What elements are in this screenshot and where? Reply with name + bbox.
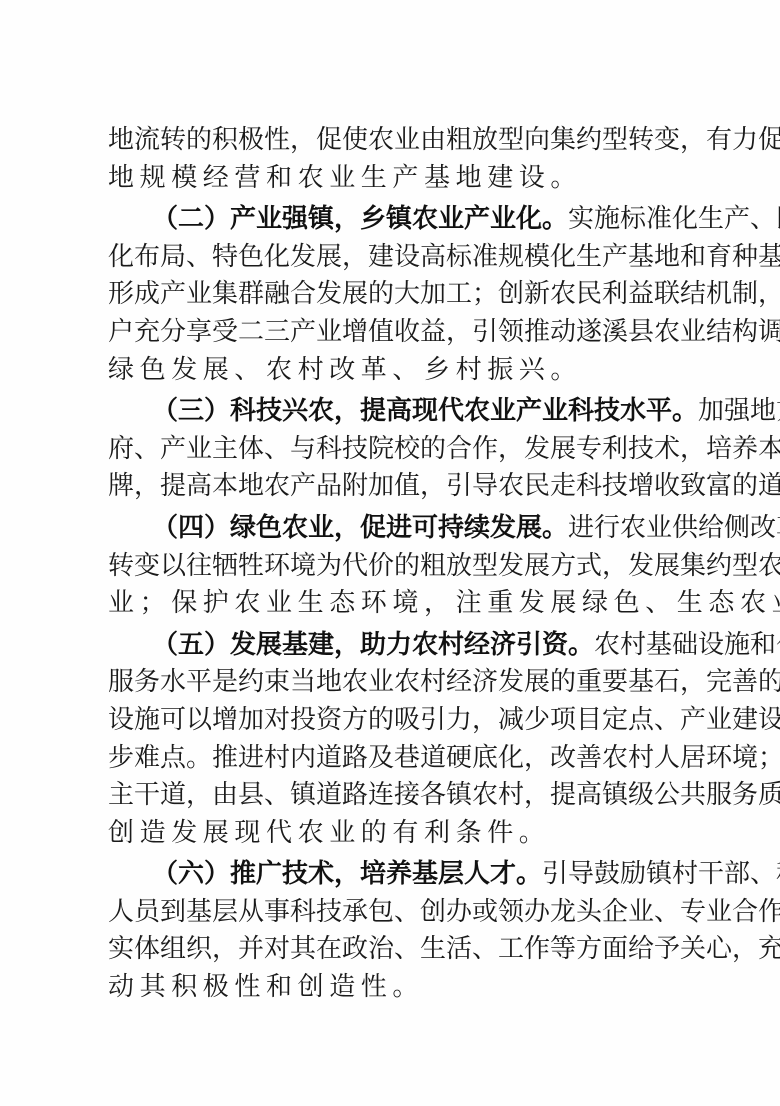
text-line: 实体组织，并对其在政治、生活、工作等方面给予关心，充分调 — [108, 931, 684, 969]
section-heading: （六）推广技术，培养基层人才。 — [152, 859, 542, 889]
document-page: 地流转的积极性，促使农业由粗放型向集约型转变，有力促进土 地规模经营和农业生产基… — [0, 0, 780, 1106]
line-text: 进行农业供给侧改革， — [568, 513, 780, 543]
line-text: 绿色发展、农村改革、乡村振兴。 — [108, 355, 582, 385]
text-line: 动其积极性和创造性。 — [108, 969, 684, 1007]
text-line: 府、产业主体、与科技院校的合作，发展专利技术，培养本地品 — [108, 431, 684, 469]
line-text: 步难点。推进村内道路及巷道硬底化，改善农村人居环境；修建 — [108, 743, 780, 773]
line-text: 实体组织，并对其在政治、生活、工作等方面给予关心，充分调 — [108, 934, 780, 964]
text-line: 转变以往牺牲环境为代价的粗放型发展方式，发展集约型农业产 — [108, 548, 684, 586]
text-line: （三）科技兴农，提高现代农业产业科技水平。加强地方政 — [108, 393, 684, 431]
text-line: 主干道，由县、镇道路连接各镇农村，提高镇级公共服务质量， — [108, 777, 684, 815]
text-line: （六）推广技术，培养基层人才。引导鼓励镇村干部、科技 — [108, 856, 684, 894]
text-line: （二）产业强镇，乡镇农业产业化。实施标准化生产、区域 — [108, 201, 684, 239]
line-text: 加强地方政 — [698, 396, 780, 426]
line-text: 实施标准化生产、区域 — [568, 204, 780, 234]
line-text: 牌，提高本地农产品附加值，引导农民走科技增收致富的道路。 — [108, 471, 780, 501]
section-heading: （四）绿色农业，促进可持续发展。 — [152, 513, 568, 543]
line-text: 府、产业主体、与科技院校的合作，发展专利技术，培养本地品 — [108, 434, 780, 464]
line-text: 形成产业集群融合发展的大加工；创新农民利益联结机制，让农 — [108, 279, 780, 309]
section-heading: （三）科技兴农，提高现代农业产业科技水平。 — [152, 396, 698, 426]
text-line: 形成产业集群融合发展的大加工；创新农民利益联结机制，让农 — [108, 276, 684, 314]
line-text: 农村基础设施和公共 — [594, 630, 780, 660]
line-text: 动其积极性和创造性。 — [108, 972, 424, 1002]
text-line: 人员到基层从事科技承包、创办或领办龙头企业、专业合作社等 — [108, 894, 684, 932]
line-text: 主干道，由县、镇道路连接各镇农村，提高镇级公共服务质量， — [108, 780, 780, 810]
text-line: 化布局、特色化发展，建设高标准规模化生产基地和育种基地， — [108, 239, 684, 277]
line-text: 设施可以增加对投资方的吸引力，减少项目定点、产业建设的起 — [108, 705, 780, 735]
paragraph-continuation: 地流转的积极性，促使农业由粗放型向集约型转变，有力促进土 地规模经营和农业生产基… — [108, 122, 684, 197]
line-text: 创造发展现代农业的有利条件。 — [108, 818, 550, 848]
text-line: 地流转的积极性，促使农业由粗放型向集约型转变，有力促进土 — [108, 122, 684, 160]
text-line: 步难点。推进村内道路及巷道硬底化，改善农村人居环境；修建 — [108, 740, 684, 778]
paragraph-industry-towns: （二）产业强镇，乡镇农业产业化。实施标准化生产、区域 化布局、特色化发展，建设高… — [108, 201, 684, 389]
text-line: 服务水平是约束当地农业农村经济发展的重要基石，完善的公共 — [108, 664, 684, 702]
line-text: 转变以往牺牲环境为代价的粗放型发展方式，发展集约型农业产 — [108, 551, 780, 581]
paragraph-technology: （三）科技兴农，提高现代农业产业科技水平。加强地方政 府、产业主体、与科技院校的… — [108, 393, 684, 506]
line-text: 地规模经营和农业生产基地建设。 — [108, 163, 582, 193]
text-line: 业；保护农业生态环境，注重发展绿色、生态农业。 — [108, 585, 684, 623]
text-line: 户充分享受二三产业增值收益，引领推动遂溪县农业结构调整、 — [108, 314, 684, 352]
line-text: 人员到基层从事科技承包、创办或领办龙头企业、专业合作社等 — [108, 897, 780, 927]
line-text: 化布局、特色化发展，建设高标准规模化生产基地和育种基地， — [108, 242, 780, 272]
section-heading: （五）发展基建，助力农村经济引资。 — [152, 630, 594, 660]
text-line: （五）发展基建，助力农村经济引资。农村基础设施和公共 — [108, 627, 684, 665]
line-text: 引导鼓励镇村干部、科技 — [542, 859, 780, 889]
text-line: 设施可以增加对投资方的吸引力，减少项目定点、产业建设的起 — [108, 702, 684, 740]
text-line: （四）绿色农业，促进可持续发展。进行农业供给侧改革， — [108, 510, 684, 548]
text-line: 绿色发展、农村改革、乡村振兴。 — [108, 352, 684, 390]
paragraph-green-agriculture: （四）绿色农业，促进可持续发展。进行农业供给侧改革， 转变以往牺牲环境为代价的粗… — [108, 510, 684, 623]
line-text: 服务水平是约束当地农业农村经济发展的重要基石，完善的公共 — [108, 667, 780, 697]
document-body: 地流转的积极性，促使农业由粗放型向集约型转变，有力促进土 地规模经营和农业生产基… — [108, 122, 684, 1007]
section-heading: （二）产业强镇，乡镇农业产业化。 — [152, 204, 568, 234]
text-line: 地规模经营和农业生产基地建设。 — [108, 160, 684, 198]
line-text: 地流转的积极性，促使农业由粗放型向集约型转变，有力促进土 — [108, 125, 780, 155]
text-line: 牌，提高本地农产品附加值，引导农民走科技增收致富的道路。 — [108, 468, 684, 506]
line-text: 户充分享受二三产业增值收益，引领推动遂溪县农业结构调整、 — [108, 317, 780, 347]
paragraph-talent: （六）推广技术，培养基层人才。引导鼓励镇村干部、科技 人员到基层从事科技承包、创… — [108, 856, 684, 1006]
paragraph-infrastructure: （五）发展基建，助力农村经济引资。农村基础设施和公共 服务水平是约束当地农业农村… — [108, 627, 684, 853]
line-text: 业；保护农业生态环境，注重发展绿色、生态农业。 — [108, 588, 780, 618]
text-line: 创造发展现代农业的有利条件。 — [108, 815, 684, 853]
